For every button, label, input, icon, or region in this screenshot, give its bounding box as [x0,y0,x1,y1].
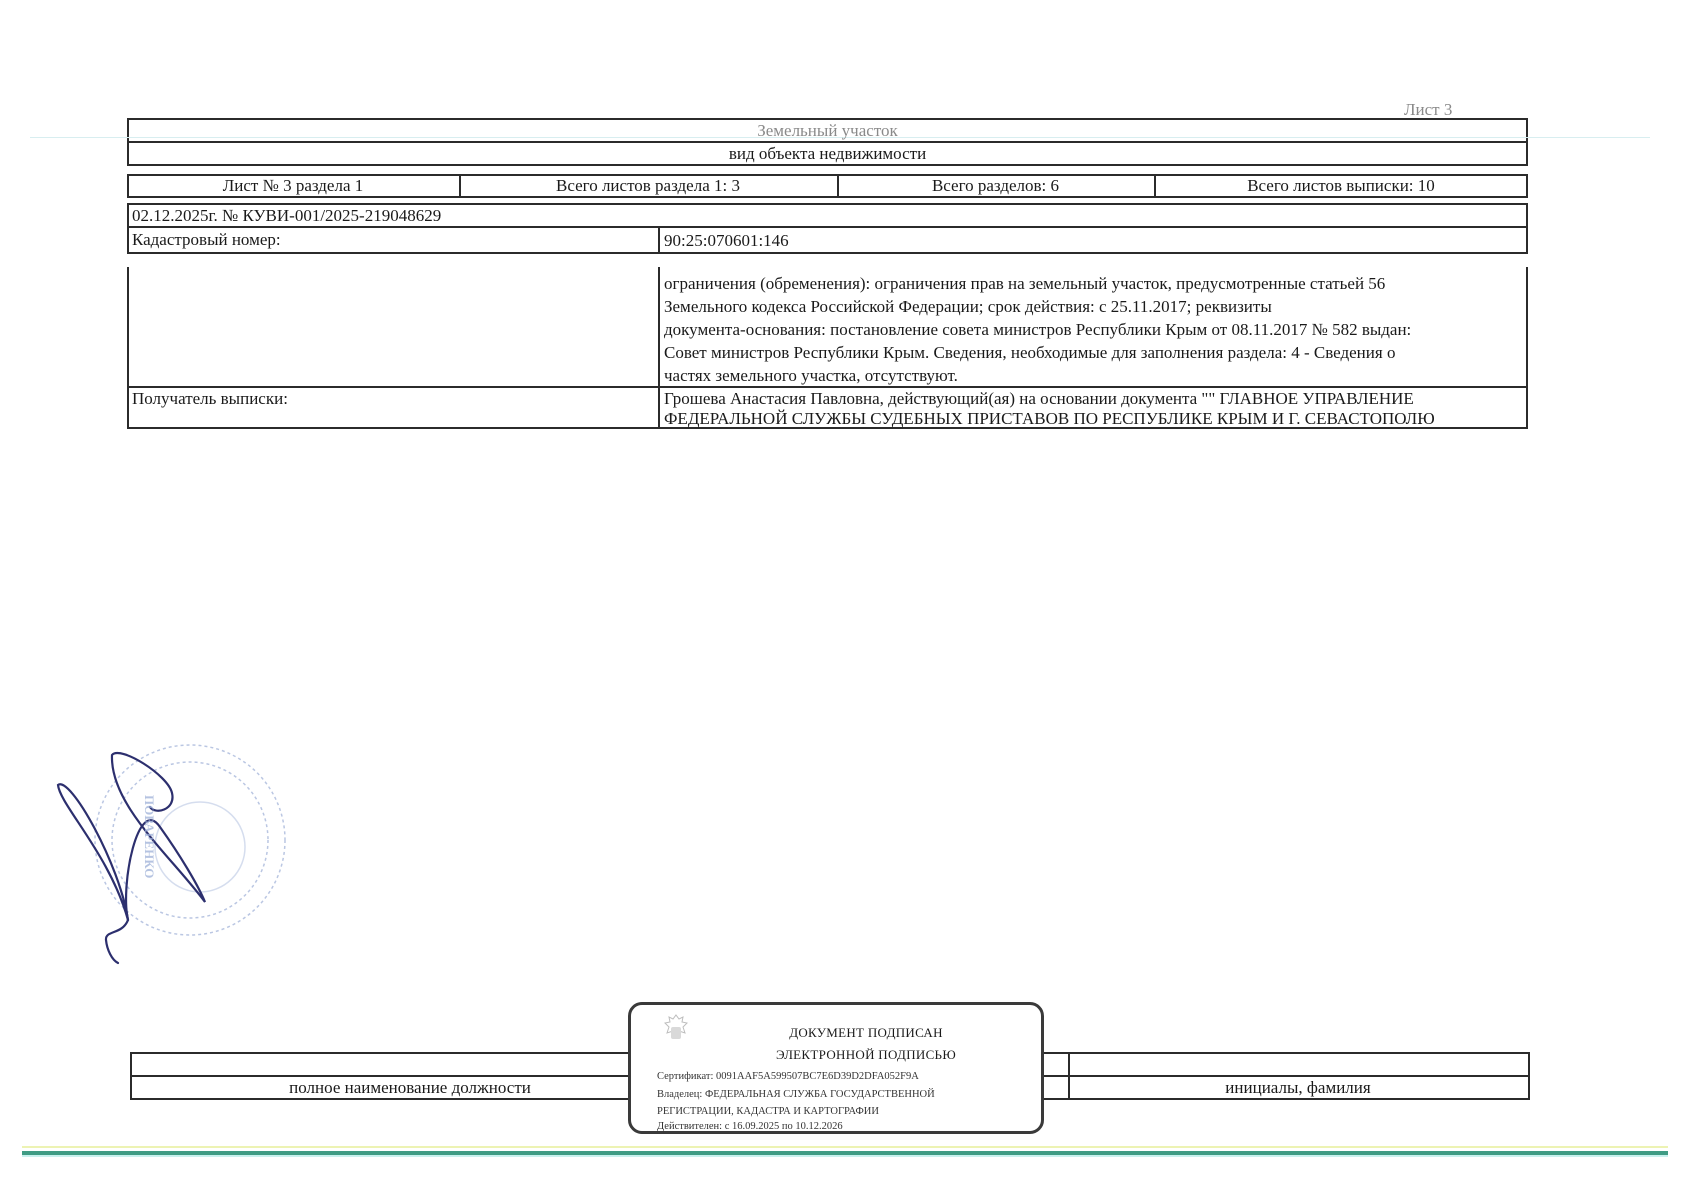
block-left-border [127,267,129,429]
block-right-border [1526,267,1528,429]
object-type: Земельный участок [127,120,1528,142]
recipient-line: Грошева Анастасия Павловна, действующий(… [664,389,1524,409]
cadastral-number: 90:25:070601:146 [664,230,1164,252]
official-seal-icon: ПОВАРЕНКО [50,735,290,965]
object-type-caption: вид объекта недвижимости [127,143,1528,165]
esig-owner-1: Владелец: ФЕДЕРАЛЬНАЯ СЛУЖБА ГОСУДАРСТВЕ… [657,1089,935,1100]
block-mid-divider [658,267,660,429]
encumbrance-text: ограничения (обременения): ограничения п… [664,272,1524,387]
encumbrance-line: Земельного кодекса Российской Федерации;… [664,295,1524,318]
esig-title-1: ДОКУМЕНТ ПОДПИСАН [661,1025,1071,1041]
name-caption: инициалы, фамилия [1068,1077,1528,1099]
recipient-label: Получатель выписки: [132,388,632,410]
total-sections: Всего разделов: 6 [837,175,1154,197]
total-sheets-extract: Всего листов выписки: 10 [1154,175,1528,197]
position-caption: полное наименование должности [130,1077,690,1099]
total-sheets-section: Всего листов раздела 1: 3 [459,175,837,197]
page-label: Лист 3 [1404,100,1452,120]
recipient-value: Грошева Анастасия Павловна, действующий(… [664,389,1524,429]
electronic-signature-stamp: ДОКУМЕНТ ПОДПИСАН ЭЛЕКТРОННОЙ ПОДПИСЬЮ С… [628,1002,1044,1134]
sheet-of-section: Лист № 3 раздела 1 [127,175,459,197]
extract-date-number: 02.12.2025г. № КУВИ-001/2025-219048629 [132,205,932,227]
encumbrance-line: частях земельного участка, отсутствуют. [664,364,1524,387]
encumbrance-line: Совет министров Республики Крым. Сведени… [664,341,1524,364]
encumbrance-line: документа-основания: постановление совет… [664,318,1524,341]
sig-table-right [1528,1052,1530,1100]
esig-certificate: Сертификат: 0091AAF5A599507BC7E6D39D2DFA… [657,1071,919,1082]
esig-validity: Действителен: с 16.09.2025 по 10.12.2026 [657,1121,843,1132]
footer-stripe-cyan [22,1155,1668,1157]
footer-stripe-yellow [22,1146,1668,1148]
cadastral-label: Кадастровый номер: [132,229,632,251]
encumbrance-line: ограничения (обременения): ограничения п… [664,272,1524,295]
recipient-line: ФЕДЕРАЛЬНОЙ СЛУЖБЫ СУДЕБНЫХ ПРИСТАВОВ ПО… [664,409,1524,429]
esig-owner-2: РЕГИСТРАЦИИ, КАДАСТРА И КАРТОГРАФИИ [657,1106,879,1117]
svg-text:ПОВАРЕНКО: ПОВАРЕНКО [142,795,157,878]
esig-title-2: ЭЛЕКТРОННОЙ ПОДПИСЬЮ [661,1047,1071,1063]
cadastral-divider [658,226,660,254]
